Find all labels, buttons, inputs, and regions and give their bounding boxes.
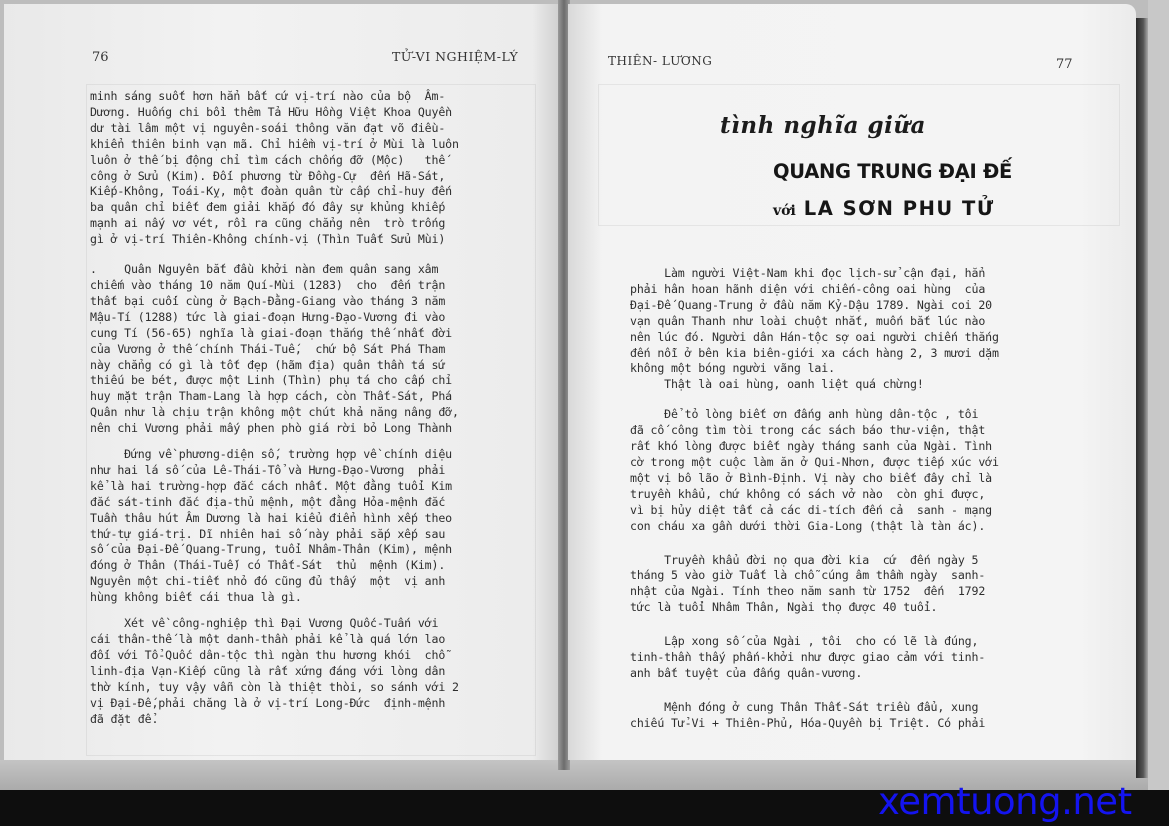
- text-line: đã đặt để.: [90, 712, 540, 728]
- paragraph-gap: [90, 606, 540, 616]
- text-line: con cháu xa gần dưới thời Gia-Long (thật…: [630, 519, 1100, 535]
- text-line: Làm người Việt-Nam khi đọc lịch-sử cận đ…: [630, 266, 1100, 282]
- text-line: dư tài lâm một vị nguyên-soái thông văn …: [90, 121, 540, 137]
- text-line: rất khó lòng được biết ngày tháng sanh c…: [630, 439, 1100, 455]
- paragraph-gap: [90, 437, 540, 447]
- text-line: vì bị hủy diệt tất cả các di-tích đến cả…: [630, 503, 1100, 519]
- text-line: Đứng về phương-diện số, trường hợp về ch…: [90, 447, 540, 463]
- text-line: đóng ở Thân (Thái-Tuế) có Thất-Sát thủ m…: [90, 558, 540, 574]
- paragraph: . Quân Nguyên bắt đầu khởi nàn đem quân …: [90, 262, 540, 437]
- paragraph: Truyền khẩu đời nọ qua đời kia cứ đến ng…: [630, 553, 1100, 617]
- text-line: khiển thiên binh vạn mã. Chỉ hiềm vị-trí…: [90, 137, 540, 153]
- chapter-title-script: tình nghĩa giữa: [720, 112, 926, 139]
- paragraph-gap: [630, 682, 1100, 700]
- text-line: đối với Tổ-Quốc dân-tộc thì ngàn thu hươ…: [90, 648, 540, 664]
- paragraph: Mệnh đóng ở cung Thân Thất-Sát triều đẩu…: [630, 700, 1100, 732]
- text-line: đến nỗi ở bên kia biên-giới xa cách hàng…: [630, 346, 1100, 362]
- text-line: Đại-Đế Quang-Trung ở đầu năm Kỷ-Dậu 1789…: [630, 298, 1100, 314]
- paragraph-gap: [630, 393, 1100, 407]
- text-line: một vị bô lão ở Bình-Định. Vị này cho bi…: [630, 471, 1100, 487]
- text-line: ba quân chỉ biết đem giải khắp đó đây sự…: [90, 200, 540, 216]
- right-scan-margin: [1148, 0, 1169, 790]
- text-line: cái thân-thế là một danh-thần phải kể là…: [90, 632, 540, 648]
- text-line: thất bại cuối cùng ở Bạch-Đằng-Giang vào…: [90, 294, 540, 310]
- text-line: Mệnh đóng ở cung Thân Thất-Sát triều đẩu…: [630, 700, 1100, 716]
- text-line: không một bóng người vãng lai.: [630, 361, 1100, 377]
- paragraph: minh sáng suốt hơn hẳn bất cứ vị-trí nào…: [90, 89, 540, 248]
- text-line: luôn ở thế bị động chỉ tìm cách chống đỡ…: [90, 153, 540, 169]
- text-line: Thật là oai hùng, oanh liệt quá chừng!: [630, 377, 1100, 393]
- text-line: của Vương ở thế chính Thái-Tuế, chứ bộ S…: [90, 342, 540, 358]
- text-line: Để tỏ lòng biết ơn đấng anh hùng dân-tộc…: [630, 407, 1100, 423]
- text-line: công ở Sửu (Kim). Đối phương từ Đồng-Cự …: [90, 169, 540, 185]
- paragraph-gap: [90, 248, 540, 262]
- page-number-right: 77: [1056, 57, 1073, 72]
- running-head-right: THIÊN- LƯƠNG: [608, 54, 712, 68]
- text-line: Lập xong số của Ngài , tôi cho có lẽ là …: [630, 634, 1100, 650]
- paragraph: Làm người Việt-Nam khi đọc lịch-sử cận đ…: [630, 266, 1100, 393]
- paragraph: Đứng về phương-diện số, trường hợp về ch…: [90, 447, 540, 606]
- text-line: đắc sát-tinh đắc địa-thủ mệnh, một đằng …: [90, 495, 540, 511]
- left-page: 76 TỬ-VI NGHIỆM-LÝ minh sáng suốt hơn hẳ…: [4, 4, 560, 760]
- text-line: gì ở vị-trí Thiên-Không chính-vị (Thìn T…: [90, 232, 540, 248]
- text-line: Quân như là chịu trận không một chút khả…: [90, 405, 540, 421]
- page-edge-shadow: [1136, 18, 1148, 778]
- watermark: xemtuong.net: [878, 780, 1132, 824]
- text-line: nên chi Vương phải mấy phen phò giá rời …: [90, 421, 540, 437]
- text-line: Mậu-Tí (1288) tức là giai-đoạn Hưng-Đạo-…: [90, 310, 540, 326]
- right-body-text: Làm người Việt-Nam khi đọc lịch-sử cận đ…: [630, 266, 1100, 732]
- paragraph-gap: [630, 535, 1100, 553]
- left-body-text: minh sáng suốt hơn hẳn bất cứ vị-trí nào…: [90, 89, 540, 727]
- text-line: thứ-tự giá-trị. Dĩ nhiên hai số này phải…: [90, 527, 540, 543]
- paragraph-gap: [630, 616, 1100, 634]
- paragraph: Để tỏ lòng biết ơn đấng anh hùng dân-tộc…: [630, 407, 1100, 534]
- text-line: kể là hai trường-hợp đắc cách nhất. Một …: [90, 479, 540, 495]
- text-line: chiếm vào tháng 10 năm Quí-Mùi (1283) ch…: [90, 278, 540, 294]
- text-line: đã cố công tìm tòi trong các sách báo th…: [630, 423, 1100, 439]
- text-line: tháng 5 vào giờ Tuất là chỗ cúng âm thầm…: [630, 568, 1100, 584]
- paragraph: Lập xong số của Ngài , tôi cho có lẽ là …: [630, 634, 1100, 682]
- chapter-title-sub: vớiLA SƠN PHU TỬ: [773, 197, 995, 220]
- scanned-book-spread: 76 TỬ-VI NGHIỆM-LÝ minh sáng suốt hơn hẳ…: [0, 0, 1169, 826]
- chapter-title-main: QUANG TRUNG ĐẠI ĐẾ: [773, 160, 1012, 183]
- text-line: Tuần thâu hút Âm Dương là hai kiểu điển …: [90, 511, 540, 527]
- text-line: Xét về công-nghiệp thì Đại Vương Quốc-Tu…: [90, 616, 540, 632]
- text-line: . Quân Nguyên bắt đầu khởi nàn đem quân …: [90, 262, 540, 278]
- chapter-title-sub-name: LA SƠN PHU TỬ: [804, 197, 995, 220]
- text-line: hùng không biết cái thua là gì.: [90, 590, 540, 606]
- text-line: Kiếp-Không, Toái-Kỵ, một đoàn quân từ cấ…: [90, 184, 540, 200]
- text-line: như hai lá số của Lê-Thái-Tổ và Hưng-Đạo…: [90, 463, 540, 479]
- text-line: tức là tuổi Nhâm Thân, Ngài thọ được 40 …: [630, 600, 1100, 616]
- text-line: số của Đại-Đế Quang-Trung, tuổi Nhâm-Thâ…: [90, 542, 540, 558]
- paragraph: Xét về công-nghiệp thì Đại Vương Quốc-Tu…: [90, 616, 540, 727]
- text-line: minh sáng suốt hơn hẳn bất cứ vị-trí nào…: [90, 89, 540, 105]
- text-line: truyền khẩu, chứ không có sách vở nào cò…: [630, 487, 1100, 503]
- right-page: THIÊN- LƯƠNG 77 tình nghĩa giữa QUANG TR…: [568, 4, 1136, 760]
- text-line: Nguyên một chi-tiết nhỏ đó cũng đủ thấy …: [90, 574, 540, 590]
- text-line: chiếu Tử-Vi + Thiên-Phủ, Hóa-Quyền bị Tr…: [630, 716, 1100, 732]
- text-line: phải hân hoan hãnh diện với chiến-công o…: [630, 282, 1100, 298]
- text-line: nhật của Ngài. Tính theo năm sanh từ 175…: [630, 584, 1100, 600]
- page-number-left: 76: [92, 50, 109, 65]
- text-line: cờ trong một cuộc làm ăn ở Qui-Nhơn, đượ…: [630, 455, 1100, 471]
- text-line: thiếu be bét, được một Linh (Thìn) phụ t…: [90, 373, 540, 389]
- text-line: linh-địa Vạn-Kiếp cũng là rất xứng đáng …: [90, 664, 540, 680]
- chapter-title-prefix: với: [773, 203, 796, 219]
- text-line: thờ kính, tuy vậy vẫn còn là thiệt thòi,…: [90, 680, 540, 696]
- text-line: này chẳng có gì là tốt đẹp (hãm địa) quâ…: [90, 358, 540, 374]
- text-line: anh bất tuyệt của đấng quân-vương.: [630, 666, 1100, 682]
- text-line: Dương. Huống chi bồi thêm Tả Hữu Hồng Vi…: [90, 105, 540, 121]
- text-line: huy mặt trận Tham-Lang là hợp cách, còn …: [90, 389, 540, 405]
- text-line: vạn quân Thanh như loài chuột nhắt, muốn…: [630, 314, 1100, 330]
- text-line: cung Tí (56-65) nghĩa là giai-đoạn thắng…: [90, 326, 540, 342]
- text-line: Truyền khẩu đời nọ qua đời kia cứ đến ng…: [630, 553, 1100, 569]
- text-line: vị Đại-Đế,phải chăng là ở vị-trí Long-Đứ…: [90, 696, 540, 712]
- running-head-left: TỬ-VI NGHIỆM-LÝ: [392, 49, 518, 64]
- text-line: mạnh ai nấy vơ vét, rồi ra cũng chẳng nê…: [90, 216, 540, 232]
- text-line: nên lúc đó. Người dân Hán-tộc sợ oai ngư…: [630, 330, 1100, 346]
- text-line: tinh-thần thấy phấn-khởi như được giao c…: [630, 650, 1100, 666]
